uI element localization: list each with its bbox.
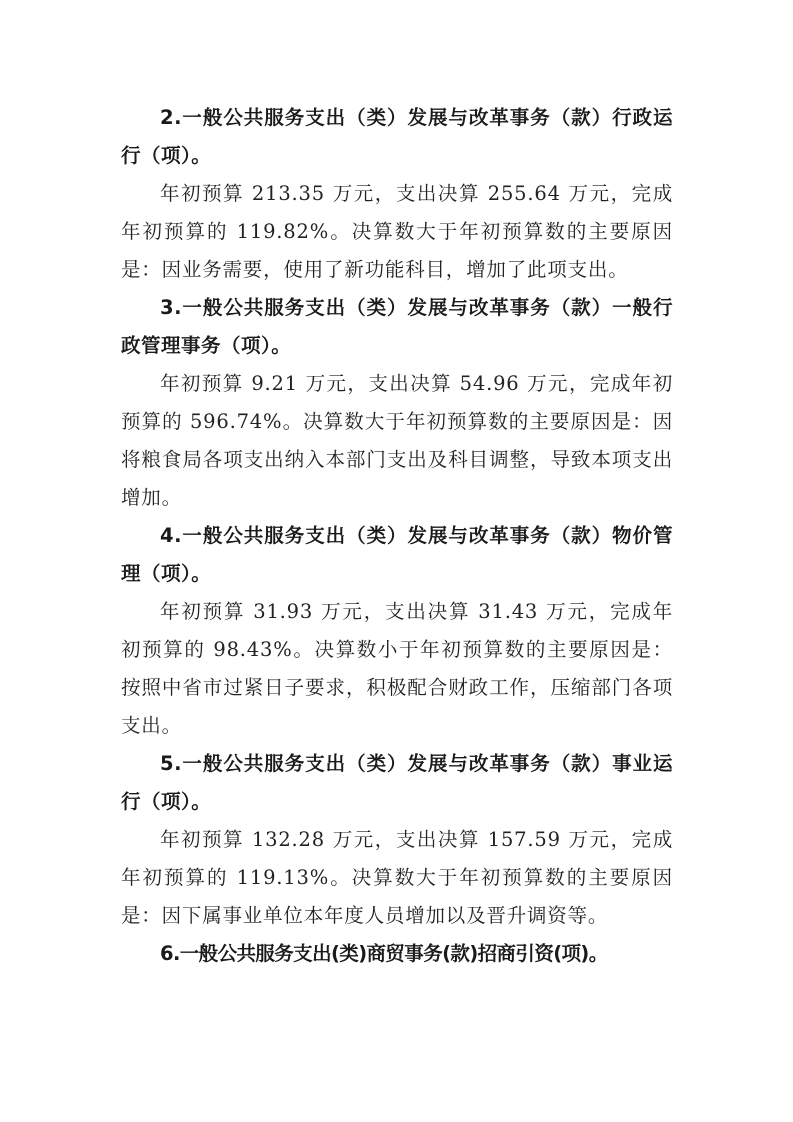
section-2: 2.一般公共服务支出（类）发展与改革事务（款）行政运行（项）。 年初预算 213… [121,99,673,289]
section-heading: 5.一般公共服务支出（类）发展与改革事务（款）事业运行（项）。 [121,745,673,821]
section-4: 4.一般公共服务支出（类）发展与改革事务（款）物价管理（项）。 年初预算 31.… [121,517,673,745]
section-heading: 3.一般公共服务支出（类）发展与改革事务（款）一般行政管理事务（项）。 [121,289,673,365]
section-heading: 2.一般公共服务支出（类）发展与改革事务（款）行政运行（项）。 [121,99,673,175]
section-body: 年初预算 31.93 万元，支出决算 31.43 万元，完成年初预算的 98.4… [121,593,673,745]
section-heading: 4.一般公共服务支出（类）发展与改革事务（款）物价管理（项）。 [121,517,673,593]
section-body: 年初预算 9.21 万元，支出决算 54.96 万元，完成年初预算的 596.7… [121,365,673,517]
section-5: 5.一般公共服务支出（类）发展与改革事务（款）事业运行（项）。 年初预算 132… [121,745,673,935]
section-heading: 6.一般公共服务支出(类)商贸事务(款)招商引资(项)。 [121,935,673,973]
section-3: 3.一般公共服务支出（类）发展与改革事务（款）一般行政管理事务（项）。 年初预算… [121,289,673,517]
section-6: 6.一般公共服务支出(类)商贸事务(款)招商引资(项)。 [121,935,673,973]
section-body: 年初预算 213.35 万元，支出决算 255.64 万元，完成年初预算的 11… [121,175,673,289]
document-page: 2.一般公共服务支出（类）发展与改革事务（款）行政运行（项）。 年初预算 213… [121,99,673,973]
section-body: 年初预算 132.28 万元，支出决算 157.59 万元，完成年初预算的 11… [121,821,673,935]
